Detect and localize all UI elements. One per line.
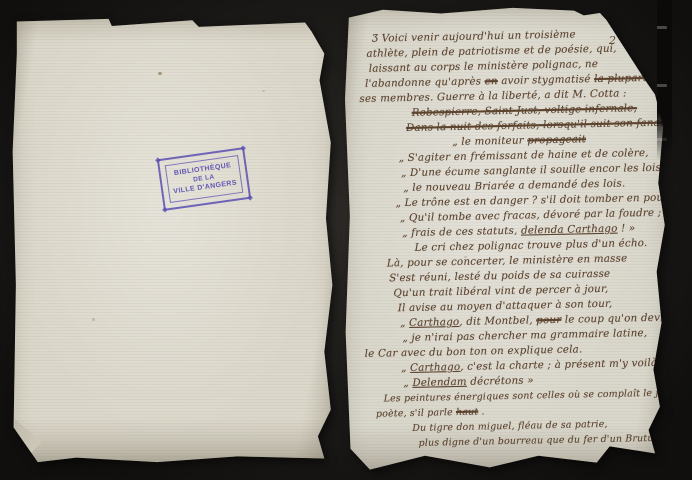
left-page: BIBLIOTHÈQUE DE LA VILLE D'ANGERS [12,18,334,463]
handwriting-segment: ! » [617,222,635,234]
handwriting-segment: décrétons » [467,374,534,387]
handwriting-segment: l'abandonne qu'après [365,75,485,90]
handwriting-segment: „ [401,362,410,374]
library-stamp: BIBLIOTHÈQUE DE LA VILLE D'ANGERS [157,147,251,211]
handwriting-segment: plus digne d'un bourreau que du fer d'un… [419,433,662,449]
foxing-stain [92,318,95,321]
stitch-mark [655,84,667,87]
underlined-phrase: Carthago [409,316,459,329]
manuscript-text: Ʒ Voici venir aujourd'hui un troisièmeat… [358,26,669,452]
right-page-paper: 2 Ʒ Voici venir aujourd'hui un troisième… [344,6,668,472]
handwriting-segment: „ le moniteur [452,134,527,148]
handwriting-segment: „ je n'irai pas chercher ma grammaire la… [402,327,647,344]
underlined-phrase: Delendam [412,376,467,389]
stamp-corner [240,145,246,151]
foxing-stain [262,90,265,92]
struck-phrase: haut [456,407,478,418]
stitch-mark [655,26,667,29]
struck-phrase: la plupart [594,72,647,85]
left-page-paper: BIBLIOTHÈQUE DE LA VILLE D'ANGERS [12,18,334,463]
handwriting-segment: . [478,406,485,417]
handwriting-segment: , dit Montbel, [459,314,536,328]
binding-strip [657,0,672,160]
stamp-corner [155,157,161,163]
struck-phrase: propageait [527,133,586,146]
folded-corner [15,419,63,461]
handwriting-segment: „ [400,317,409,329]
handwriting-segment: „ [403,377,412,389]
foxing-stain [158,72,162,75]
handwriting-segment: poète, s'il parle [376,407,456,420]
handwriting-segment: „ frais de ces statuts, [402,225,521,239]
foxing-stain [464,256,467,258]
stamp-corner [162,207,168,213]
stamp-corner [247,195,253,201]
stamp-frame: BIBLIOTHÈQUE DE LA VILLE D'ANGERS [165,155,244,203]
handwriting-segment: le coup qu'on devine, [561,311,680,325]
struck-phrase: pour [536,314,561,327]
underlined-phrase: delenda Carthago [521,223,618,237]
underlined-phrase: Carthago [410,361,460,374]
right-page: 2 Ʒ Voici venir aujourd'hui un troisième… [344,6,668,472]
stitch-mark [655,138,667,141]
handwriting-segment: , c'est la charte ; à présent m'y voilà … [460,357,664,373]
struck-phrase: en [485,75,498,87]
scanned-document: BIBLIOTHÈQUE DE LA VILLE D'ANGERS 2 Ʒ Vo… [0,0,692,480]
handwriting-segment: avoir stygmatisé [498,73,595,87]
